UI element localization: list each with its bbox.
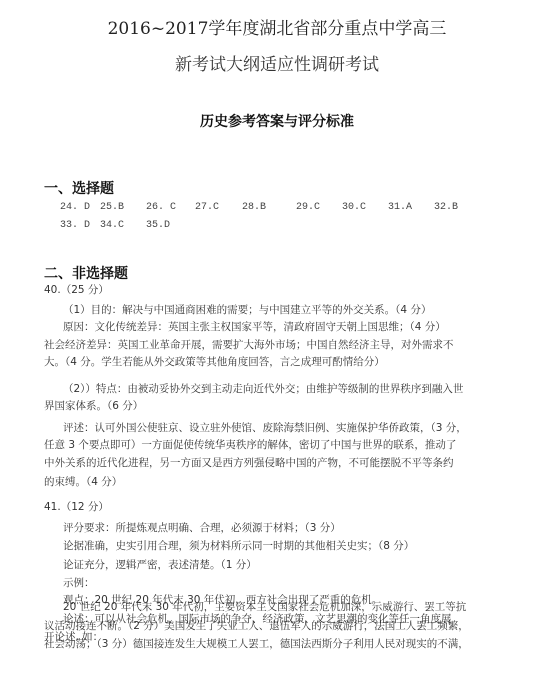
- document-heading: 历史参考答案与评分标准: [0, 111, 554, 131]
- answer-item: 32.B: [434, 202, 458, 213]
- text-line: 示例：: [63, 576, 95, 590]
- answer-item: 25.B: [100, 202, 124, 213]
- text-line: 议活动接连不断。（2 分）美国发生了失业工人、退伍军人的示威游行，法国工人罢工频…: [44, 619, 469, 633]
- answer-item: 31.A: [388, 202, 412, 213]
- answer-item: 33. D: [60, 220, 90, 231]
- text-line: 原因：文化传统差异：英国主张主权国家平等，清政府固守天朝上国思维；（4 分）: [63, 320, 446, 334]
- text-line: 大。（4 分。学生若能从外交政策等其他角度回答，言之成理可酌情给分）: [44, 355, 385, 369]
- answer-item: 27.C: [195, 202, 219, 213]
- document-title-line2: 新考试大纲适应性调研考试: [0, 50, 554, 75]
- answer-item: 26. C: [146, 202, 176, 213]
- text-line: （2））特点：由被动妥协外交到主动走向近代外交；由维护等级制的世界秩序到融入世: [63, 382, 463, 396]
- section-title-non-choice: 二、非选择题: [44, 263, 128, 283]
- text-line: （1）目的：解决与中国通商困难的需要；与中国建立平等的外交关系。（4 分）: [63, 303, 431, 317]
- answer-item: 28.B: [242, 202, 266, 213]
- question-41-header: 41.（12 分）: [44, 500, 109, 514]
- answer-item: 24. D: [60, 202, 90, 213]
- answer-item: 29.C: [296, 202, 320, 213]
- document-title-line1: 2016~2017学年度湖北省部分重点中学高三: [0, 14, 554, 39]
- question-40-header: 40.（25 分）: [44, 283, 109, 297]
- answer-item: 30.C: [342, 202, 366, 213]
- text-line: 的束缚。（4 分）: [44, 475, 122, 489]
- text-line: 评述：认可外国公使驻京、设立驻外使馆、废除海禁旧例、实施保护华侨政策，（3 分，: [63, 421, 467, 435]
- text-line: 评分要求：所提炼观点明确、合理，必须源于材料；（3 分）: [63, 521, 341, 535]
- answer-item: 34.C: [100, 220, 124, 231]
- text-line: 社会动荡；（3 分）德国接连发生大规模工人罢工，德国法西斯分子利用人民对现实的不…: [44, 637, 469, 651]
- text-line: 任意 3 个要点即可）一方面促使传统华夷秩序的解体，密切了中国与世界的联系，推动…: [44, 438, 456, 452]
- text-line: 中外关系的近代化进程，另一方面又是西方列强侵略中国的产物，不可能摆脱不平等条约: [44, 456, 454, 470]
- section-title-multiple-choice: 一、选择题: [44, 178, 114, 198]
- text-line: 界国家体系。（6 分）: [44, 399, 143, 413]
- text-line: 20 世纪 20 年代末 30 年代初，主要资本主义国家社会危机加深，示威游行、…: [63, 600, 466, 614]
- answer-item: 35.D: [146, 220, 170, 231]
- text-line: 社会经济差异：英国工业革命开展，需要扩大海外市场；中国自然经济主导，对外需求不: [44, 338, 454, 352]
- text-line: 论证充分，逻辑严密，表述清楚。（1 分）: [63, 558, 257, 572]
- text-line: 论据准确，史实引用合理，须为材料所示同一时期的其他相关史实；（8 分）: [63, 539, 414, 553]
